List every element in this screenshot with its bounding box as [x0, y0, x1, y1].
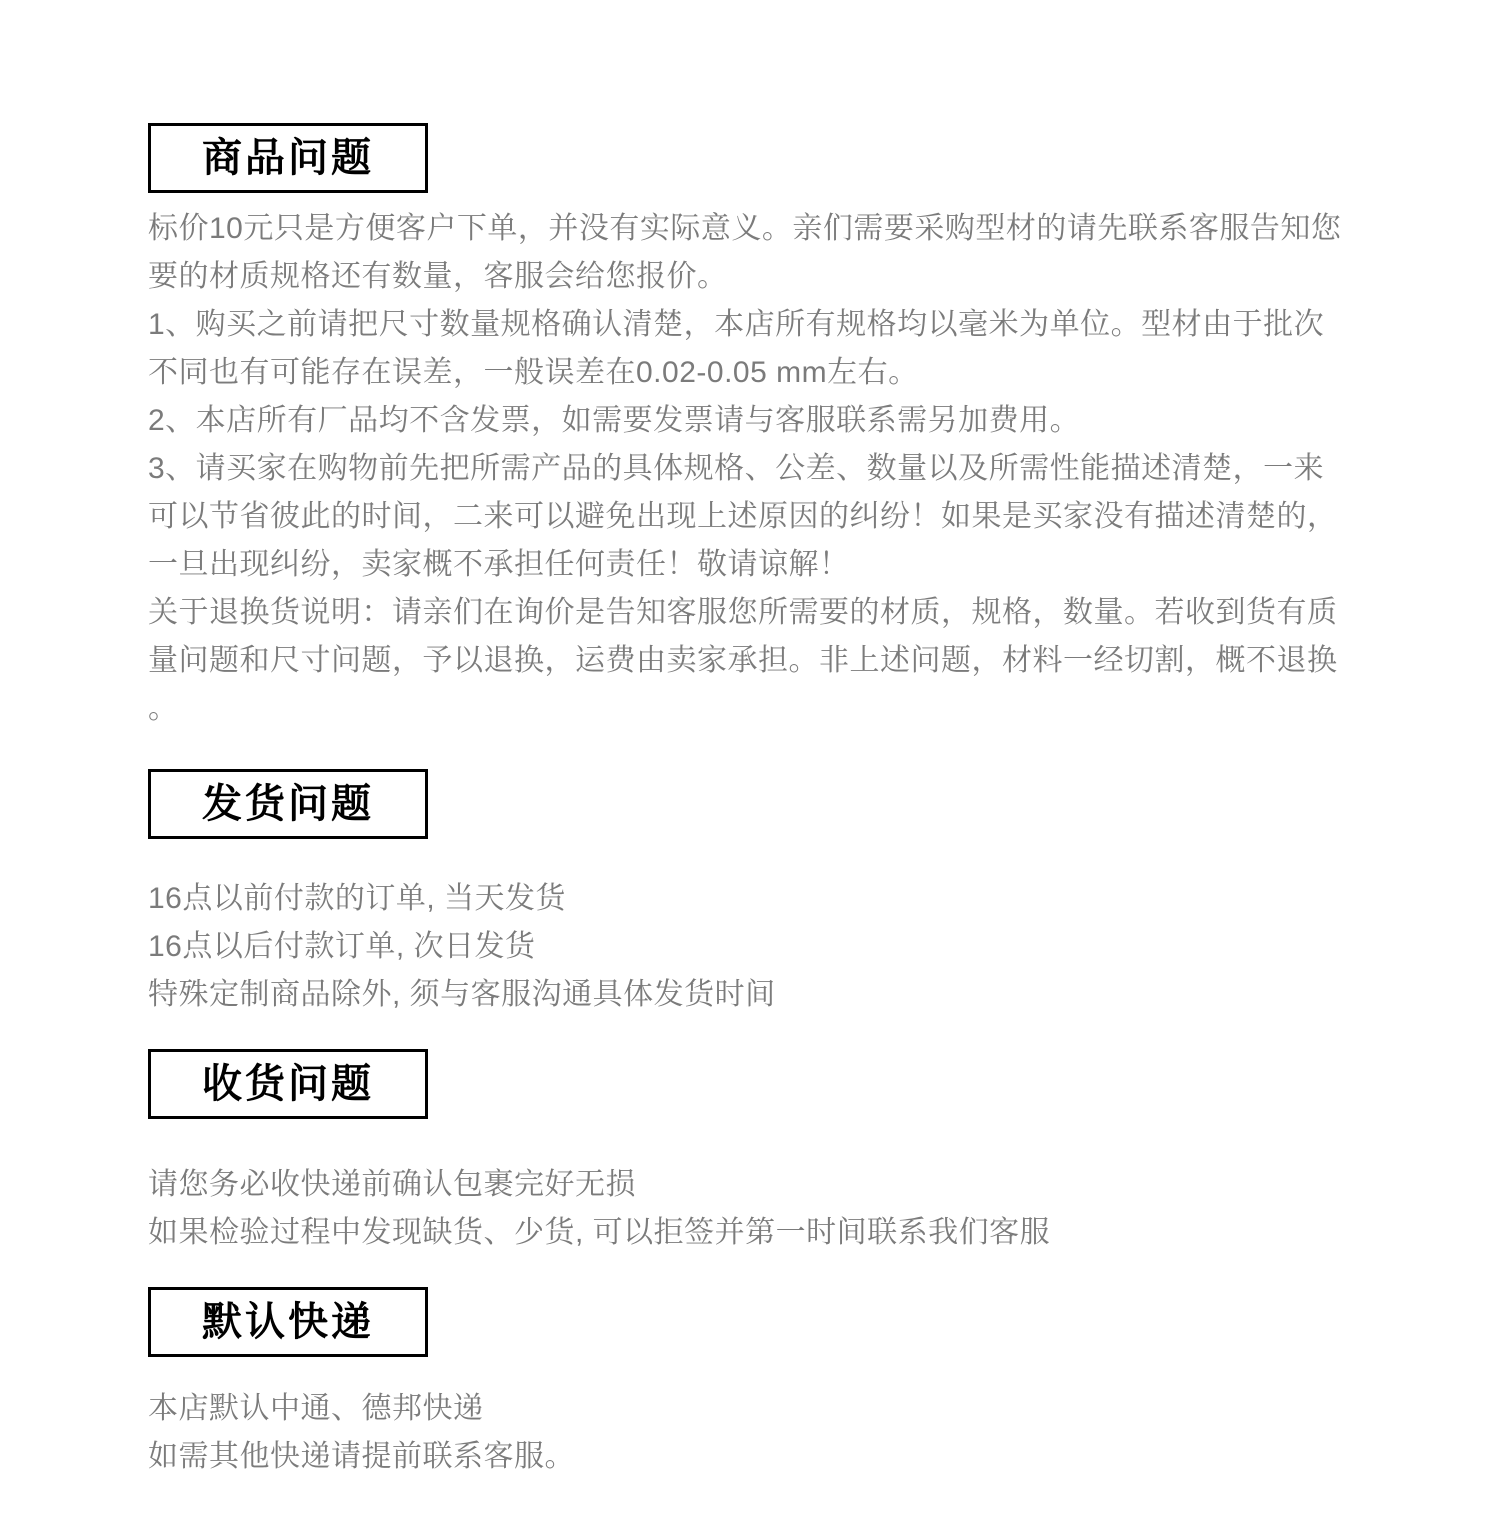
- default-courier-title: 默认快递: [202, 1302, 374, 1342]
- default-courier-heading-box: 默认快递: [148, 1287, 428, 1357]
- product-description-page: 商品问题 标价10元只是方便客户下单，并没有实际意义。亲们需要采购型材的请先联系…: [0, 0, 1500, 1524]
- section-receiving-issues: 收货问题 请您务必收快递前确认包裹完好无损 如果检验过程中发现缺货、少货, 可以…: [148, 1049, 1422, 1257]
- product-issues-title: 商品问题: [202, 138, 374, 178]
- receiving-issues-text: 请您务必收快递前确认包裹完好无损 如果检验过程中发现缺货、少货, 可以拒签并第一…: [148, 1161, 1422, 1257]
- shipping-issues-text: 16点以前付款的订单, 当天发货 16点以后付款订单, 次日发货 特殊定制商品除…: [148, 875, 1422, 1019]
- section-default-courier: 默认快递 本店默认中通、德邦快递 如需其他快递请提前联系客服。: [148, 1287, 1422, 1481]
- default-courier-text: 本店默认中通、德邦快递 如需其他快递请提前联系客服。: [148, 1385, 1422, 1481]
- receiving-issues-heading-box: 收货问题: [148, 1049, 428, 1119]
- product-issues-heading-box: 商品问题: [148, 123, 428, 193]
- section-shipping-issues: 发货问题 16点以前付款的订单, 当天发货 16点以后付款订单, 次日发货 特殊…: [148, 769, 1422, 1019]
- shipping-issues-heading-box: 发货问题: [148, 769, 428, 839]
- shipping-issues-title: 发货问题: [202, 784, 374, 824]
- product-issues-text: 标价10元只是方便客户下单，并没有实际意义。亲们需要采购型材的请先联系客服告知您…: [148, 205, 1422, 733]
- receiving-issues-title: 收货问题: [202, 1064, 374, 1104]
- section-product-issues: 商品问题 标价10元只是方便客户下单，并没有实际意义。亲们需要采购型材的请先联系…: [148, 123, 1422, 733]
